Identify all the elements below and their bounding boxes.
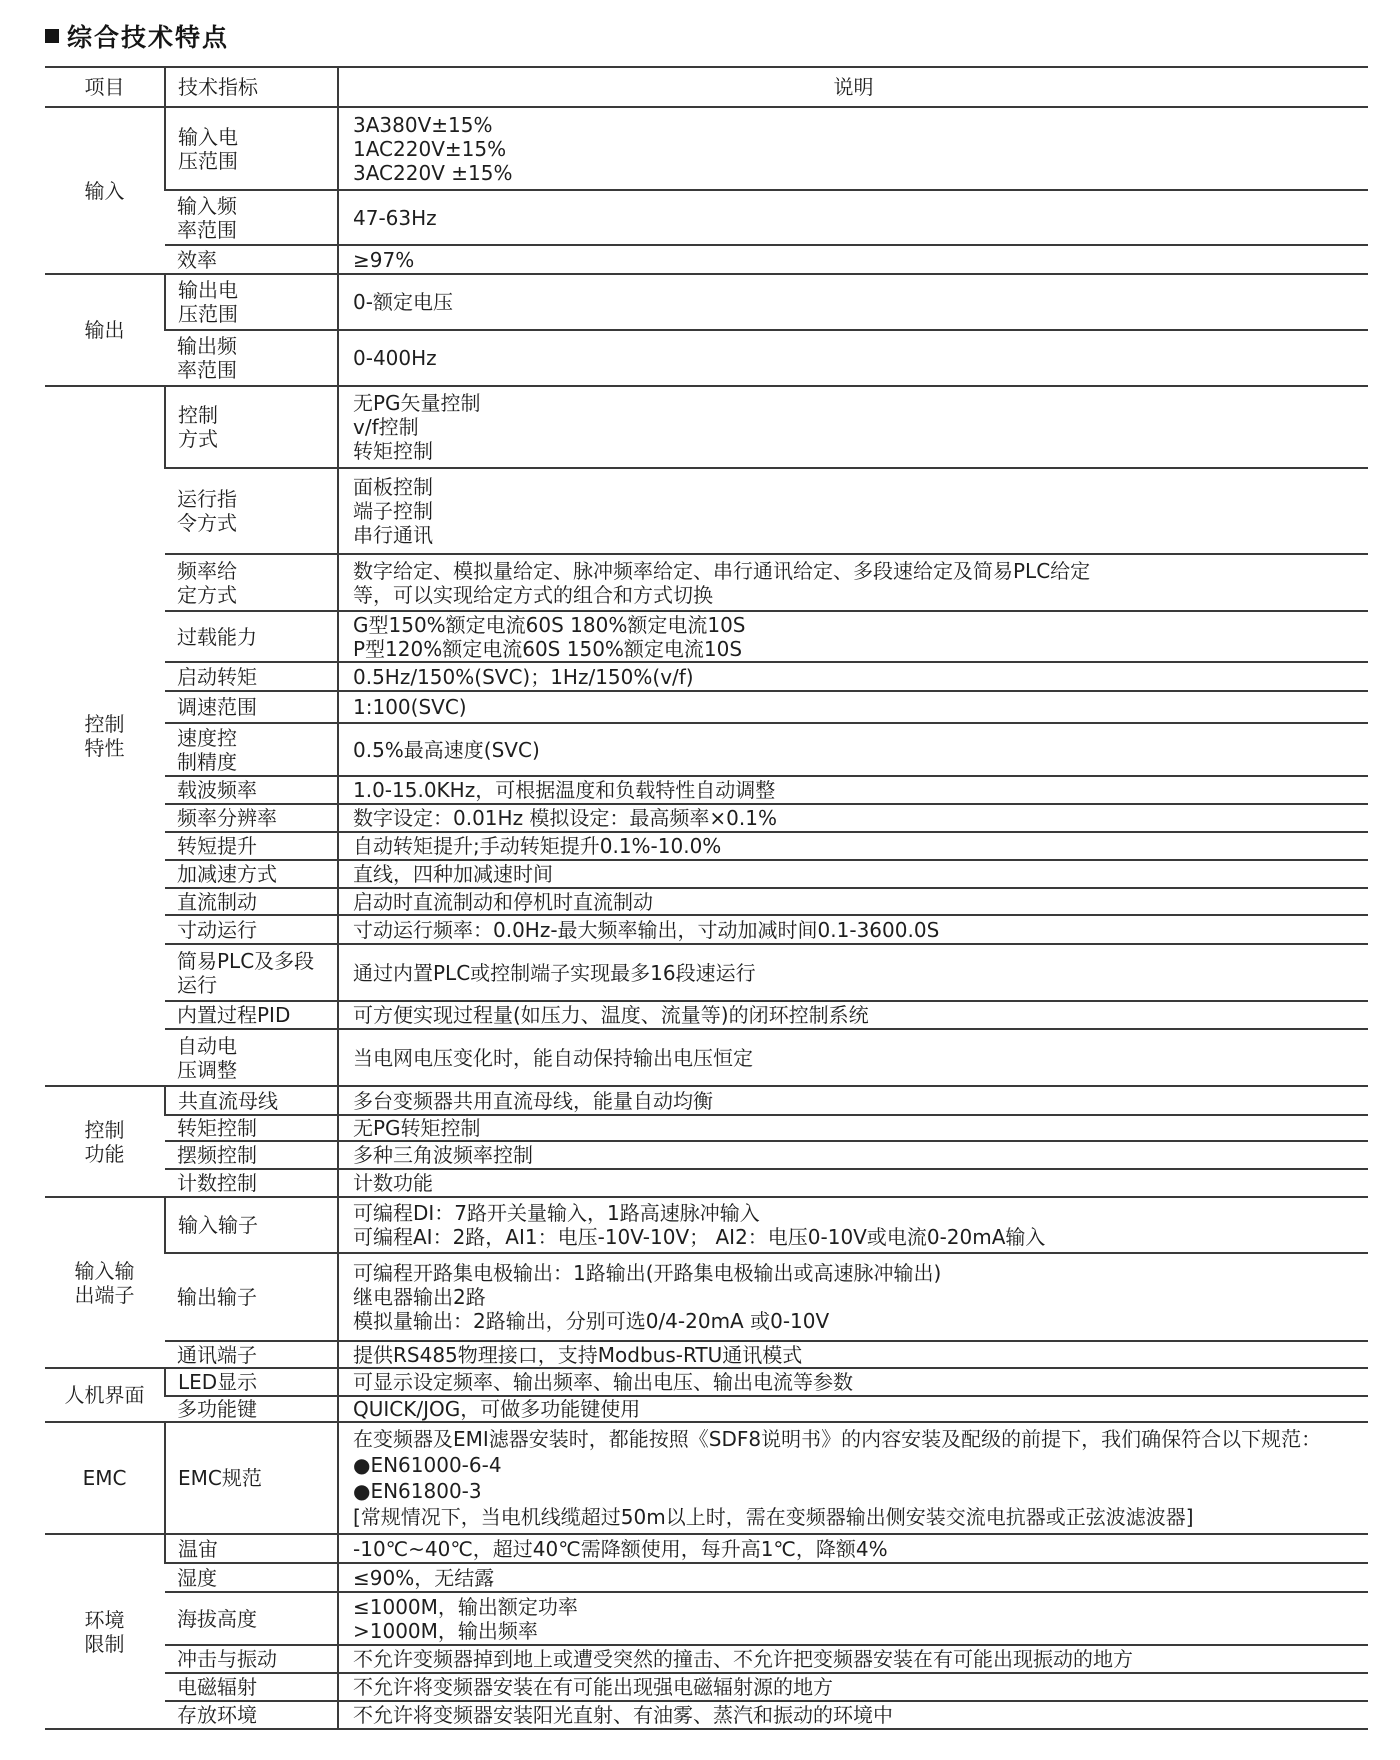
spec-desc-cell: 多种三角波频率控制	[338, 1141, 1368, 1169]
spec-name: LED显示	[178, 1370, 337, 1394]
spec-desc-line: 可显示设定频率、输出频率、输出电压、输出电流等参数	[353, 1370, 1368, 1394]
spec-desc-line: 1.0-15.0KHz，可根据温度和负载特性自动调整	[353, 778, 1368, 802]
spec-desc-cell: 可显示设定频率、输出频率、输出电压、输出电流等参数	[338, 1368, 1368, 1396]
spec-desc-line: 可编程开路集电极输出：1路输出(开路集电极输出或高速脉冲输出)	[353, 1261, 1368, 1285]
spec-name: 湿度	[177, 1566, 337, 1590]
spec-desc-line: 当电网电压变化时，能自动保持输出电压恒定	[353, 1046, 1368, 1070]
spec-name: 冲击与振动	[177, 1647, 337, 1671]
spec-desc-cell: 在变频器及EMI滤器安装时，都能按照《SDF8说明书》的内容安装及配级的前提下，…	[338, 1422, 1368, 1534]
table-row: 输出输子可编程开路集电极输出：1路输出(开路集电极输出或高速脉冲输出)继电器输出…	[45, 1253, 1368, 1341]
spec-desc-cell: G型150%额定电流60S 180%额定电流10SP型120%额定电流60S 1…	[338, 611, 1368, 662]
spec-desc-cell: 47-63Hz	[338, 190, 1368, 245]
table-body: 输入输入电压范围3A380V±15%1AC220V±15%3AC220V ±15…	[45, 107, 1368, 1729]
spec-desc-line: 模拟量输出：2路输出，分别可选0/4-20mA 或0-10V	[353, 1309, 1368, 1333]
section-title: 综合技术特点	[45, 18, 229, 54]
spec-desc-line: 数字设定：0.01Hz 模拟设定：最高频率×0.1%	[353, 806, 1368, 830]
spec-name-cell: 电磁辐射	[165, 1673, 338, 1701]
spec-name: 过载能力	[177, 625, 337, 649]
spec-desc-line: 多种三角波频率控制	[353, 1143, 1368, 1167]
spec-name: 摆频控制	[177, 1143, 337, 1167]
header-item: 项目	[45, 67, 165, 107]
spec-name: 速度控	[177, 726, 337, 750]
spec-desc-cell: 0.5Hz/150%(SVC)；1Hz/150%(v/f)	[338, 662, 1368, 691]
spec-name: 输出电	[178, 278, 337, 302]
category-label: 控制	[51, 712, 158, 736]
spec-name: 控制	[178, 403, 337, 427]
table-row: 载波频率1.0-15.0KHz，可根据温度和负载特性自动调整	[45, 776, 1368, 804]
table-row: 输出输出电压范围0-额定电压	[45, 274, 1368, 330]
spec-name-cell: 简易PLC及多段运行	[165, 944, 338, 1001]
spec-name: 率范围	[177, 358, 337, 382]
spec-desc-cell: 当电网电压变化时，能自动保持输出电压恒定	[338, 1029, 1368, 1086]
spec-name: 率范围	[177, 218, 337, 242]
spec-desc-line: ●EN61800-3	[353, 1478, 1368, 1504]
table-row: 电磁辐射不允许将变频器安装在有可能出现强电磁辐射源的地方	[45, 1673, 1368, 1701]
table-row: 过载能力G型150%额定电流60S 180%额定电流10SP型120%额定电流6…	[45, 611, 1368, 662]
table-row: 冲击与振动不允许变频器掉到地上或遭受突然的撞击、不允许把变频器安装在有可能出现振…	[45, 1645, 1368, 1673]
table-row: 人机界面LED显示可显示设定频率、输出频率、输出电压、输出电流等参数	[45, 1368, 1368, 1396]
spec-desc-line: 启动时直流制动和停机时直流制动	[353, 890, 1368, 914]
spec-desc-line: 多台变频器共用直流母线，能量自动均衡	[353, 1089, 1368, 1113]
spec-name-cell: 温宙	[165, 1534, 338, 1563]
spec-name: 运行	[177, 973, 337, 997]
spec-desc-line: 0.5Hz/150%(SVC)；1Hz/150%(v/f)	[353, 665, 1368, 689]
spec-desc-cell: 不允许变频器掉到地上或遭受突然的撞击、不允许把变频器安装在有可能出现振动的地方	[338, 1645, 1368, 1673]
spec-name-cell: 湿度	[165, 1563, 338, 1592]
spec-name-cell: 转矩控制	[165, 1115, 338, 1141]
table-row: 通讯端子提供RS485物理接口，支持Modbus-RTU通讯模式	[45, 1341, 1368, 1368]
spec-name: 压范围	[178, 302, 337, 326]
table-row: 简易PLC及多段运行通过内置PLC或控制端子实现最多16段速运行	[45, 944, 1368, 1001]
square-bullet-icon	[45, 29, 59, 43]
table-row: 控制特性控制方式无PG矢量控制v/f控制转矩控制	[45, 386, 1368, 468]
spec-desc-line: [常规情况下，当电机线缆超过50m以上时，需在变频器输出侧安装交流电抗器或正弦波…	[353, 1504, 1368, 1530]
table-row: 湿度≤90%，无结露	[45, 1563, 1368, 1592]
category-cell: EMC	[45, 1422, 165, 1534]
table-row: 运行指令方式面板控制端子控制串行通讯	[45, 468, 1368, 554]
spec-name-cell: 自动电压调整	[165, 1029, 338, 1086]
table-row: 自动电压调整当电网电压变化时，能自动保持输出电压恒定	[45, 1029, 1368, 1086]
spec-desc-cell: 数字给定、模拟量给定、脉冲频率给定、串行通讯给定、多段速给定及简易PLC给定等，…	[338, 554, 1368, 611]
spec-desc-cell: 寸动运行频率：0.0Hz-最大频率输出，寸动加减时间0.1-3600.0S	[338, 915, 1368, 944]
spec-desc-line: 不允许将变频器安装阳光直射、有油雾、蒸汽和振动的环境中	[353, 1703, 1368, 1727]
spec-desc-line: 通过内置PLC或控制端子实现最多16段速运行	[353, 961, 1368, 985]
category-label: 输入	[51, 179, 158, 203]
spec-name-cell: 共直流母线	[165, 1086, 338, 1115]
spec-desc-cell: 无PG矢量控制v/f控制转矩控制	[338, 386, 1368, 468]
spec-name-cell: 输入频率范围	[165, 190, 338, 245]
table-row: 频率给定方式数字给定、模拟量给定、脉冲频率给定、串行通讯给定、多段速给定及简易P…	[45, 554, 1368, 611]
spec-desc-cell: 可方便实现过程量(如压力、温度、流量等)的闭环控制系统	[338, 1001, 1368, 1029]
spec-desc-line: P型120%额定电流60S 150%额定电流10S	[353, 637, 1368, 661]
spec-desc-line: 不允许将变频器安装在有可能出现强电磁辐射源的地方	[353, 1675, 1368, 1699]
table-row: 内置过程PID可方便实现过程量(如压力、温度、流量等)的闭环控制系统	[45, 1001, 1368, 1029]
section-title-text: 综合技术特点	[67, 18, 229, 54]
category-cell: 人机界面	[45, 1368, 165, 1422]
spec-table: 项目 技术指标 说明 输入输入电压范围3A380V±15%1AC220V±15%…	[45, 66, 1368, 1730]
spec-name-cell: 速度控制精度	[165, 723, 338, 776]
spec-desc-line: 1:100(SVC)	[353, 695, 1368, 719]
spec-name-cell: 冲击与振动	[165, 1645, 338, 1673]
spec-name-cell: 转短提升	[165, 832, 338, 860]
spec-desc-line: 等，可以实现给定方式的组合和方式切换	[353, 583, 1368, 607]
category-label: 出端子	[51, 1283, 158, 1307]
spec-desc-cell: 1:100(SVC)	[338, 691, 1368, 723]
spec-desc-cell: 数字设定：0.01Hz 模拟设定：最高频率×0.1%	[338, 804, 1368, 832]
spec-desc-line: 端子控制	[353, 499, 1368, 523]
spec-desc-cell: 可编程DI：7路开关量输入，1路高速脉冲输入可编程AI：2路，AI1：电压-10…	[338, 1197, 1368, 1253]
category-label: 限制	[51, 1632, 158, 1656]
spec-name-cell: 载波频率	[165, 776, 338, 804]
spec-desc-line: 直线，四种加减速时间	[353, 862, 1368, 886]
spec-name-cell: 存放环境	[165, 1701, 338, 1729]
spec-desc-line: 可编程AI：2路，AI1：电压-10V-10V； AI2：电压0-10V或电流0…	[353, 1225, 1368, 1249]
spec-name: 频率给	[177, 559, 337, 583]
spec-name-cell: 过载能力	[165, 611, 338, 662]
spec-desc-line: 无PG转矩控制	[353, 1116, 1368, 1140]
spec-name: 输入电	[178, 125, 337, 149]
spec-name-cell: 启动转矩	[165, 662, 338, 691]
spec-desc-line: G型150%额定电流60S 180%额定电流10S	[353, 613, 1368, 637]
spec-name: 频率分辨率	[177, 806, 337, 830]
table-row: 输入输入电压范围3A380V±15%1AC220V±15%3AC220V ±15…	[45, 107, 1368, 190]
spec-desc-line: 计数功能	[353, 1171, 1368, 1195]
table-row: 控制功能共直流母线多台变频器共用直流母线，能量自动均衡	[45, 1086, 1368, 1115]
table-row: 输入频率范围47-63Hz	[45, 190, 1368, 245]
spec-desc-line: 面板控制	[353, 475, 1368, 499]
spec-desc-line: 0-额定电压	[353, 290, 1368, 314]
table-row: 存放环境不允许将变频器安装阳光直射、有油雾、蒸汽和振动的环境中	[45, 1701, 1368, 1729]
spec-desc-cell: QUICK/JOG，可做多功能键使用	[338, 1396, 1368, 1422]
spec-name-cell: 寸动运行	[165, 915, 338, 944]
spec-desc-line: 提供RS485物理接口，支持Modbus-RTU通讯模式	[353, 1343, 1368, 1367]
category-label: 输入输	[51, 1259, 158, 1283]
spec-name: 输出输子	[177, 1285, 337, 1309]
spec-desc-line: 转矩控制	[353, 439, 1368, 463]
spec-desc-line: 3AC220V ±15%	[353, 161, 1368, 185]
spec-desc-line: 0-400Hz	[353, 346, 1368, 370]
category-cell: 环境限制	[45, 1534, 165, 1729]
spec-name-cell: 多功能键	[165, 1396, 338, 1422]
category-cell: 输出	[45, 274, 165, 386]
spec-desc-line: 可编程DI：7路开关量输入，1路高速脉冲输入	[353, 1201, 1368, 1225]
table-row: EMCEMC规范在变频器及EMI滤器安装时，都能按照《SDF8说明书》的内容安装…	[45, 1422, 1368, 1534]
category-label: 功能	[51, 1142, 158, 1166]
category-label: 环境	[51, 1608, 158, 1632]
table-row: 环境限制温宙-10℃~40℃，超过40℃需降额使用，每升高1℃，降额4%	[45, 1534, 1368, 1563]
spec-name: 令方式	[177, 511, 337, 535]
spec-name: 海拔高度	[177, 1607, 337, 1631]
spec-desc-cell: ≤90%，无结露	[338, 1563, 1368, 1592]
table-row: 寸动运行寸动运行频率：0.0Hz-最大频率输出，寸动加减时间0.1-3600.0…	[45, 915, 1368, 944]
spec-desc-cell: 多台变频器共用直流母线，能量自动均衡	[338, 1086, 1368, 1115]
spec-name-cell: 通讯端子	[165, 1341, 338, 1368]
table-row: 速度控制精度0.5%最高速度(SVC)	[45, 723, 1368, 776]
spec-name-cell: LED显示	[165, 1368, 338, 1396]
spec-desc-line: ≤90%，无结露	[353, 1566, 1368, 1590]
spec-name: 直流制动	[177, 890, 337, 914]
spec-name: 通讯端子	[177, 1343, 337, 1367]
spec-desc-line: 串行通讯	[353, 523, 1368, 547]
spec-desc-cell: 自动转矩提升;手动转矩提升0.1%-10.0%	[338, 832, 1368, 860]
table-row: 计数控制计数功能	[45, 1169, 1368, 1197]
spec-name-cell: 计数控制	[165, 1169, 338, 1197]
spec-name: 共直流母线	[178, 1089, 337, 1113]
spec-desc-cell: ≥97%	[338, 245, 1368, 274]
spec-desc-line: ≥97%	[353, 248, 1368, 272]
spec-name-cell: 控制方式	[165, 386, 338, 468]
category-label: 特性	[51, 736, 158, 760]
spec-desc-cell: 不允许将变频器安装阳光直射、有油雾、蒸汽和振动的环境中	[338, 1701, 1368, 1729]
spec-name: 方式	[178, 427, 337, 451]
category-cell: 输入输出端子	[45, 1197, 165, 1368]
table-row: 启动转矩0.5Hz/150%(SVC)；1Hz/150%(v/f)	[45, 662, 1368, 691]
spec-desc-line: 可方便实现过程量(如压力、温度、流量等)的闭环控制系统	[353, 1003, 1368, 1027]
spec-name: 制精度	[177, 750, 337, 774]
spec-name: 加减速方式	[177, 862, 337, 886]
spec-name: 输入输子	[178, 1213, 337, 1237]
spec-desc-line: v/f控制	[353, 415, 1368, 439]
spec-name-cell: 加减速方式	[165, 860, 338, 888]
spec-desc-cell: -10℃~40℃，超过40℃需降额使用，每升高1℃，降额4%	[338, 1534, 1368, 1563]
spec-name-cell: 直流制动	[165, 888, 338, 915]
spec-name: 压调整	[177, 1058, 337, 1082]
spec-desc-cell: 0-额定电压	[338, 274, 1368, 330]
table-row: 调速范围1:100(SVC)	[45, 691, 1368, 723]
spec-name: 调速范围	[177, 695, 337, 719]
spec-desc-line: ●EN61000-6-4	[353, 1452, 1368, 1478]
spec-desc-cell: 0.5%最高速度(SVC)	[338, 723, 1368, 776]
spec-desc-line: 自动转矩提升;手动转矩提升0.1%-10.0%	[353, 834, 1368, 858]
spec-name: EMC规范	[178, 1466, 337, 1490]
spec-name: 内置过程PID	[177, 1003, 337, 1027]
spec-desc-cell: 通过内置PLC或控制端子实现最多16段速运行	[338, 944, 1368, 1001]
spec-name: 效率	[177, 248, 337, 272]
spec-desc-cell: 不允许将变频器安装在有可能出现强电磁辐射源的地方	[338, 1673, 1368, 1701]
spec-name: 定方式	[177, 583, 337, 607]
spec-desc-line: 数字给定、模拟量给定、脉冲频率给定、串行通讯给定、多段速给定及简易PLC给定	[353, 559, 1368, 583]
table-row: 直流制动启动时直流制动和停机时直流制动	[45, 888, 1368, 915]
category-label: EMC	[51, 1466, 158, 1490]
spec-desc-cell: 启动时直流制动和停机时直流制动	[338, 888, 1368, 915]
spec-desc-line: >1000M，输出频率	[353, 1619, 1368, 1643]
header-spec: 技术指标	[165, 67, 338, 107]
spec-desc-line: 无PG矢量控制	[353, 391, 1368, 415]
table-row: 转短提升自动转矩提升;手动转矩提升0.1%-10.0%	[45, 832, 1368, 860]
spec-desc-line: 继电器输出2路	[353, 1285, 1368, 1309]
table-row: 海拔高度≤1000M，输出额定功率>1000M，输出频率	[45, 1592, 1368, 1645]
spec-name: 自动电	[177, 1034, 337, 1058]
spec-desc-cell: 面板控制端子控制串行通讯	[338, 468, 1368, 554]
spec-name: 温宙	[178, 1537, 337, 1561]
spec-desc-cell: 计数功能	[338, 1169, 1368, 1197]
spec-name: 输出频	[177, 334, 337, 358]
spec-name: 多功能键	[177, 1397, 337, 1421]
spec-name: 运行指	[177, 487, 337, 511]
spec-desc-cell: 无PG转矩控制	[338, 1115, 1368, 1141]
header-desc: 说明	[338, 67, 1368, 107]
spec-name: 载波频率	[177, 778, 337, 802]
table-row: 输入输出端子输入输子可编程DI：7路开关量输入，1路高速脉冲输入可编程AI：2路…	[45, 1197, 1368, 1253]
category-label: 控制	[51, 1118, 158, 1142]
spec-desc-cell: 提供RS485物理接口，支持Modbus-RTU通讯模式	[338, 1341, 1368, 1368]
spec-desc-cell: 直线，四种加减速时间	[338, 860, 1368, 888]
spec-name-cell: 频率分辨率	[165, 804, 338, 832]
spec-name: 计数控制	[177, 1171, 337, 1195]
category-label: 人机界面	[51, 1383, 158, 1407]
spec-desc-line: ≤1000M，输出额定功率	[353, 1595, 1368, 1619]
spec-name: 存放环境	[177, 1703, 337, 1727]
spec-name-cell: 效率	[165, 245, 338, 274]
spec-desc-cell: 可编程开路集电极输出：1路输出(开路集电极输出或高速脉冲输出)继电器输出2路模拟…	[338, 1253, 1368, 1341]
spec-name-cell: 输出频率范围	[165, 330, 338, 386]
spec-desc-cell: ≤1000M，输出额定功率>1000M，输出频率	[338, 1592, 1368, 1645]
spec-name: 寸动运行	[177, 918, 337, 942]
spec-desc-cell: 3A380V±15%1AC220V±15%3AC220V ±15%	[338, 107, 1368, 190]
spec-name-cell: 调速范围	[165, 691, 338, 723]
spec-name-cell: EMC规范	[165, 1422, 338, 1534]
spec-name-cell: 海拔高度	[165, 1592, 338, 1645]
spec-name: 电磁辐射	[177, 1675, 337, 1699]
table-row: 摆频控制多种三角波频率控制	[45, 1141, 1368, 1169]
spec-desc-line: -10℃~40℃，超过40℃需降额使用，每升高1℃，降额4%	[353, 1537, 1368, 1561]
spec-name: 启动转矩	[177, 665, 337, 689]
spec-name-cell: 内置过程PID	[165, 1001, 338, 1029]
table-row: 输出频率范围0-400Hz	[45, 330, 1368, 386]
table-row: 多功能键QUICK/JOG，可做多功能键使用	[45, 1396, 1368, 1422]
spec-desc-line: 3A380V±15%	[353, 113, 1368, 137]
spec-name-cell: 输出输子	[165, 1253, 338, 1341]
table-header-row: 项目 技术指标 说明	[45, 67, 1368, 107]
table-row: 转矩控制无PG转矩控制	[45, 1115, 1368, 1141]
spec-name: 转矩控制	[177, 1116, 337, 1140]
spec-name-cell: 摆频控制	[165, 1141, 338, 1169]
spec-name-cell: 频率给定方式	[165, 554, 338, 611]
table-row: 效率≥97%	[45, 245, 1368, 274]
spec-desc-cell: 1.0-15.0KHz，可根据温度和负载特性自动调整	[338, 776, 1368, 804]
category-cell: 输入	[45, 107, 165, 274]
spec-desc-line: 在变频器及EMI滤器安装时，都能按照《SDF8说明书》的内容安装及配级的前提下，…	[353, 1426, 1368, 1452]
category-cell: 控制功能	[45, 1086, 165, 1197]
spec-desc-line: 47-63Hz	[353, 206, 1368, 230]
spec-name-cell: 运行指令方式	[165, 468, 338, 554]
category-cell: 控制特性	[45, 386, 165, 1086]
table-row: 加减速方式直线，四种加减速时间	[45, 860, 1368, 888]
category-label: 输出	[51, 318, 158, 342]
spec-name: 压范围	[178, 149, 337, 173]
spec-desc-line: 1AC220V±15%	[353, 137, 1368, 161]
spec-name: 简易PLC及多段	[177, 949, 337, 973]
spec-name-cell: 输出电压范围	[165, 274, 338, 330]
table-row: 频率分辨率数字设定：0.01Hz 模拟设定：最高频率×0.1%	[45, 804, 1368, 832]
spec-desc-line: 0.5%最高速度(SVC)	[353, 738, 1368, 762]
spec-name-cell: 输入电压范围	[165, 107, 338, 190]
spec-name: 输入频	[177, 194, 337, 218]
spec-name: 转短提升	[177, 834, 337, 858]
spec-desc-cell: 0-400Hz	[338, 330, 1368, 386]
spec-desc-line: QUICK/JOG，可做多功能键使用	[353, 1397, 1368, 1421]
spec-name-cell: 输入输子	[165, 1197, 338, 1253]
spec-desc-line: 寸动运行频率：0.0Hz-最大频率输出，寸动加减时间0.1-3600.0S	[353, 918, 1368, 942]
spec-desc-line: 不允许变频器掉到地上或遭受突然的撞击、不允许把变频器安装在有可能出现振动的地方	[353, 1647, 1368, 1671]
